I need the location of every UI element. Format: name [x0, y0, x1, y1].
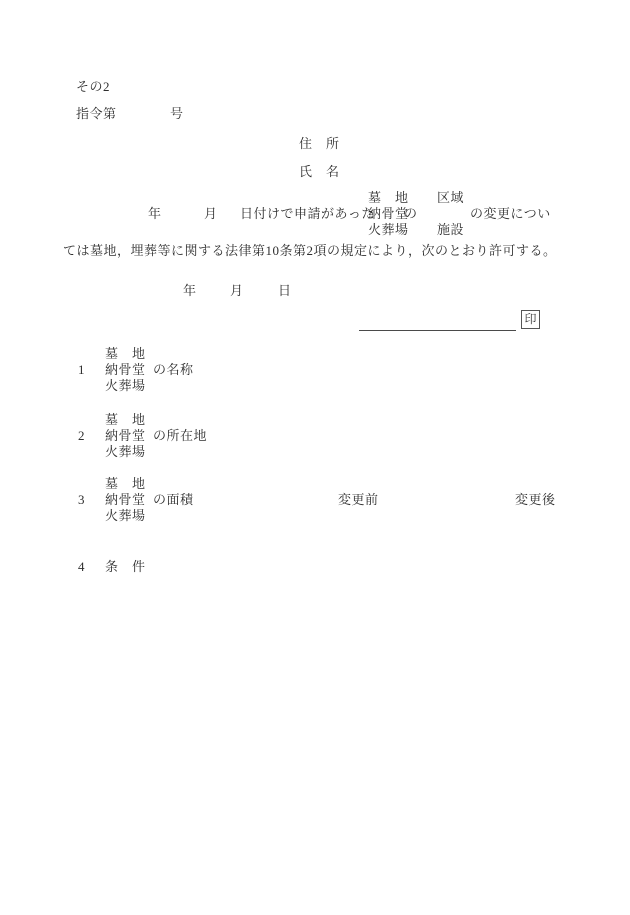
page-note: その2	[76, 79, 110, 94]
signature-line	[359, 316, 516, 331]
facility-option-crematorium: 火葬場	[105, 508, 146, 523]
name-label: 氏 名	[299, 164, 340, 179]
facility-option-columbarium: 納骨堂	[105, 428, 146, 443]
address-label: 住 所	[299, 136, 340, 151]
sentence-continuation: ては墓地，埋葬等に関する法律第10条第2項の規定により，次のとおり許可する。	[63, 243, 557, 258]
facility-option-columbarium: 納骨堂	[105, 362, 146, 377]
app-month-label: 月	[204, 206, 218, 221]
after-change-label: 変更後	[515, 492, 556, 507]
facility-option-crematorium: 火葬場	[105, 444, 146, 459]
facility-option-cemetery: 墓 地	[105, 346, 146, 361]
facility-option-crematorium: 火葬場	[105, 378, 146, 393]
facility-option-columbarium: 納骨堂	[368, 206, 409, 221]
item-number: 4	[78, 559, 85, 574]
date-day-label: 日	[278, 283, 292, 298]
item-number: 3	[78, 492, 85, 507]
app-day-phrase: 日付けで申請があった	[240, 206, 375, 221]
facility-option-cemetery: 墓 地	[105, 412, 146, 427]
change-phrase: の変更につい	[470, 206, 551, 221]
item-number: 2	[78, 428, 85, 443]
date-year-label: 年	[183, 283, 197, 298]
app-year-label: 年	[148, 206, 162, 221]
facility-option-crematorium: 火葬場	[368, 222, 409, 237]
date-month-label: 月	[230, 283, 244, 298]
directive-number-suffix: 号	[170, 106, 184, 121]
item-label: の所在地	[153, 428, 207, 443]
form-page: その2 指令第 号 住 所 氏 名 年 月 日付けで申請があった 墓 地 納骨堂…	[0, 0, 630, 915]
facility-option-cemetery: 墓 地	[368, 190, 409, 205]
item-label: 条 件	[105, 559, 146, 574]
target-option-area: 区域	[437, 190, 464, 205]
seal-mark: 印	[521, 310, 540, 329]
item-label: の面積	[153, 492, 194, 507]
directive-label: 指令第	[76, 106, 117, 121]
facility-option-cemetery: 墓 地	[105, 476, 146, 491]
facility-option-columbarium: 納骨堂	[105, 492, 146, 507]
before-change-label: 変更前	[338, 492, 379, 507]
item-number: 1	[78, 362, 85, 377]
item-label: の名称	[153, 362, 194, 377]
target-option-facility: 施設	[437, 222, 464, 237]
particle-no: の	[404, 206, 418, 221]
